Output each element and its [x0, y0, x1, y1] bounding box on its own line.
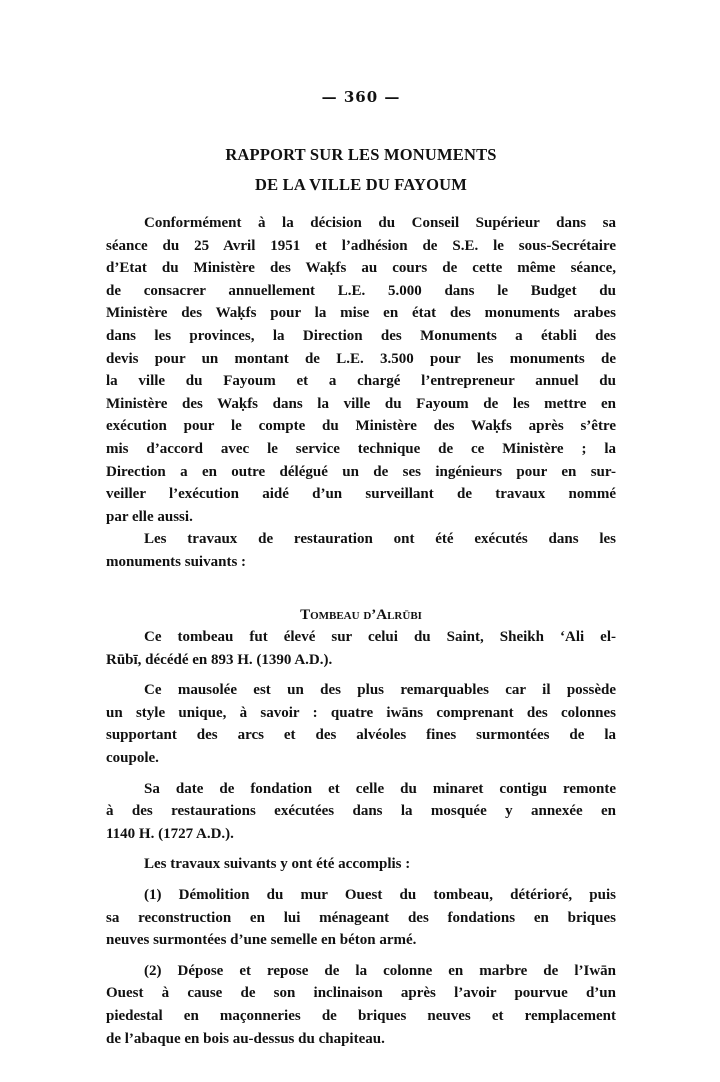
- list-item-1: (1) Démolition du mur Ouest du tombeau, …: [106, 884, 616, 952]
- text-line: coupole.: [106, 747, 616, 770]
- text-line: d’Etat du Ministère des Waḳfs au cours d…: [106, 257, 616, 280]
- text-line: piedestal en maçonneries de briques neuv…: [106, 1005, 616, 1028]
- text-line: de consacrer annuellement L.E. 5.000 dan…: [106, 280, 616, 303]
- title-line-1: RAPPORT SUR LES MONUMENTS: [106, 140, 616, 170]
- paragraph-mausoleum: Ce mausolée est un des plus remarquables…: [106, 679, 616, 769]
- text-line: Rūbī, décédé en 893 H. (1390 A.D.).: [106, 649, 616, 672]
- text-line: 1140 H. (1727 A.D.).: [106, 823, 616, 846]
- text-line: séance du 25 Avril 1951 et l’adhésion de…: [106, 235, 616, 258]
- text-line: Les travaux de restauration ont été exéc…: [106, 528, 616, 551]
- text-line: exécution pour le compte du Ministère de…: [106, 415, 616, 438]
- paragraph-tomb-desc: Ce tombeau fut élevé sur celui du Saint,…: [106, 626, 616, 671]
- text-line: mis d’accord avec le service technique d…: [106, 438, 616, 461]
- text-line: par elle aussi.: [106, 506, 616, 529]
- paragraph-works-intro: Les travaux de restauration ont été exéc…: [106, 528, 616, 573]
- title-line-2: DE LA VILLE DU FAYOUM: [106, 170, 616, 200]
- text-line: Conformément à la décision du Conseil Su…: [106, 212, 616, 235]
- text-line: Ministère des Waḳfs pour la mise en état…: [106, 302, 616, 325]
- text-line: sa reconstruction en lui ménageant des f…: [106, 907, 616, 930]
- page-number: — 360 —: [106, 88, 616, 106]
- text-line: devis pour un montant de L.E. 3.500 pour…: [106, 348, 616, 371]
- text-line: supportant des arcs et des alvéoles fine…: [106, 724, 616, 747]
- text-line: Sa date de fondation et celle du minaret…: [106, 778, 616, 801]
- text-line: Les travaux suivants y ont été accomplis…: [106, 853, 616, 876]
- text-line: de l’abaque en bois au-dessus du chapite…: [106, 1028, 616, 1051]
- text-line: (1) Démolition du mur Ouest du tombeau, …: [106, 884, 616, 907]
- list-item-2: (2) Dépose et repose de la colonne en ma…: [106, 960, 616, 1050]
- text-line: Ce mausolée est un des plus remarquables…: [106, 679, 616, 702]
- text-line: Ce tombeau fut élevé sur celui du Saint,…: [106, 626, 616, 649]
- paragraph-foundation: Sa date de fondation et celle du minaret…: [106, 778, 616, 846]
- text-line: (2) Dépose et repose de la colonne en ma…: [106, 960, 616, 983]
- text-line: veiller l’exécution aidé d’un surveillan…: [106, 483, 616, 506]
- paragraph-works-list-intro: Les travaux suivants y ont été accomplis…: [106, 853, 616, 876]
- text-line: neuves surmontées d’une semelle en béton…: [106, 929, 616, 952]
- section-heading: Tombeau d’Alrūbi: [106, 604, 616, 627]
- text-line: monuments suivants :: [106, 551, 616, 574]
- text-line: un style unique, à savoir : quatre iwāns…: [106, 702, 616, 725]
- text-line: Ouest à cause de son inclinaison après l…: [106, 982, 616, 1005]
- text-line: Direction a en outre délégué un de ses i…: [106, 461, 616, 484]
- body-text: Conformément à la décision du Conseil Su…: [106, 212, 616, 1050]
- text-line: la ville du Fayoum et a chargé l’entrepr…: [106, 370, 616, 393]
- text-line: dans les provinces, la Direction des Mon…: [106, 325, 616, 348]
- text-line: à des restaurations exécutées dans la mo…: [106, 800, 616, 823]
- page-title: RAPPORT SUR LES MONUMENTS DE LA VILLE DU…: [106, 140, 616, 200]
- paragraph-intro: Conformément à la décision du Conseil Su…: [106, 212, 616, 528]
- text-line: Ministère des Waḳfs dans la ville du Fay…: [106, 393, 616, 416]
